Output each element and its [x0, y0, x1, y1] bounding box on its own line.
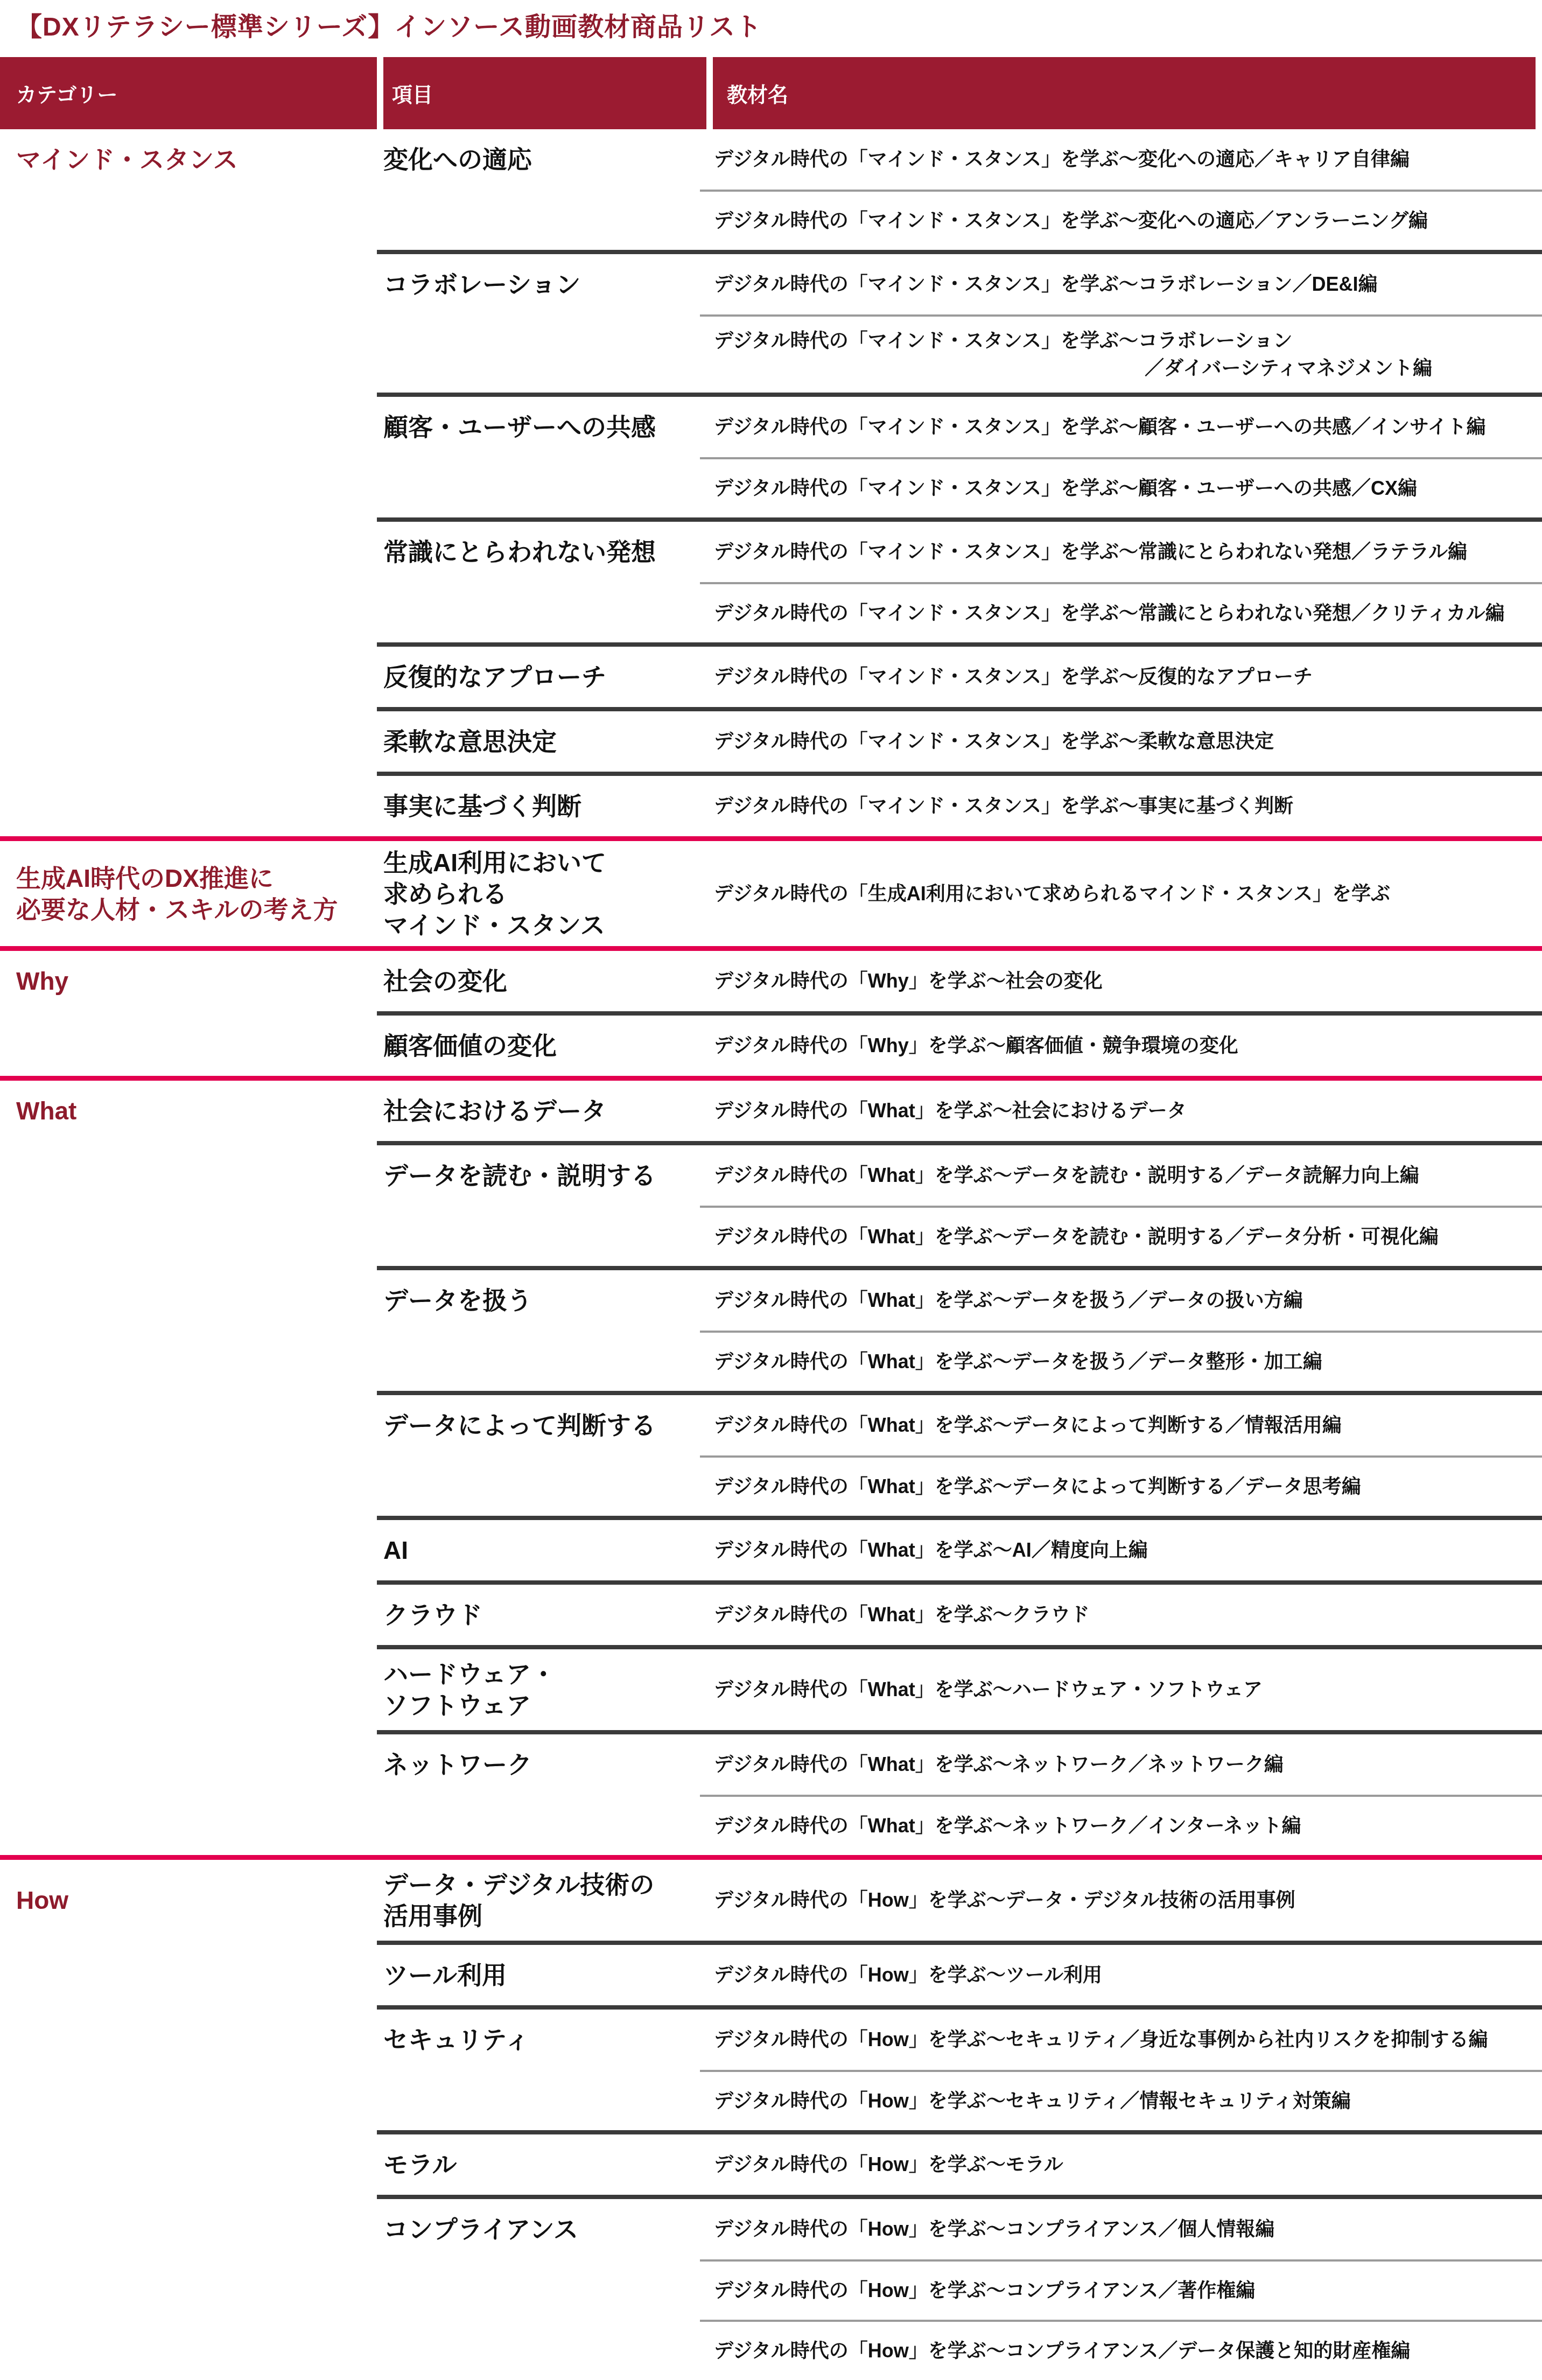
- item-group: 顧客価値の変化デジタル時代の「Why」を学ぶ〜顧客価値・競争環境の変化: [377, 1011, 1542, 1076]
- item-label: モラル: [383, 2149, 695, 2180]
- item-group: 顧客・ユーザーへの共感デジタル時代の「マインド・スタンス」を学ぶ〜顧客・ユーザー…: [377, 393, 1542, 517]
- item-cell: 社会の変化: [377, 951, 700, 1011]
- material-name: デジタル時代の「What」を学ぶ〜クラウド: [714, 1601, 1537, 1628]
- material-list: デジタル時代の「マインド・スタンス」を学ぶ〜常識にとらわれない発想／ラテラル編デ…: [700, 522, 1542, 642]
- material-row: デジタル時代の「Why」を学ぶ〜顧客価値・競争環境の変化: [700, 1016, 1542, 1076]
- material-list: デジタル時代の「Why」を学ぶ〜顧客価値・競争環境の変化: [700, 1016, 1542, 1076]
- item-label: データ・デジタル技術の 活用事例: [383, 1869, 695, 1931]
- item-group: コラボレーションデジタル時代の「マインド・スタンス」を学ぶ〜コラボレーション／D…: [377, 250, 1542, 393]
- item-group: モラルデジタル時代の「How」を学ぶ〜モラル: [377, 2130, 1542, 2195]
- item-groups: 生成AI利用において 求められる マインド・スタンスデジタル時代の「生成AI利用…: [377, 841, 1542, 946]
- item-group: データを扱うデジタル時代の「What」を学ぶ〜データを扱う／データの扱い方編デジ…: [377, 1266, 1542, 1391]
- material-row: デジタル時代の「マインド・スタンス」を学ぶ〜顧客・ユーザーへの共感／インサイト編: [700, 397, 1542, 457]
- material-name: デジタル時代の「What」を学ぶ〜データを扱う／データ整形・加工編: [714, 1348, 1537, 1375]
- material-row: デジタル時代の「マインド・スタンス」を学ぶ〜反復的なアプローチ: [700, 647, 1542, 707]
- item-cell: 事実に基づく判断: [377, 776, 700, 836]
- item-group: ネットワークデジタル時代の「What」を学ぶ〜ネットワーク／ネットワーク編デジタ…: [377, 1730, 1542, 1855]
- item-label: コラボレーション: [383, 269, 695, 300]
- material-name: デジタル時代の「マインド・スタンス」を学ぶ〜常識にとらわれない発想／ラテラル編: [714, 538, 1537, 565]
- category-label: 生成AI時代のDX推進に 必要な人材・スキルの考え方: [16, 863, 372, 925]
- table-header-row: カテゴリー 項目 教材名: [0, 57, 1542, 129]
- item-cell: ハードウェア・ ソフトウェア: [377, 1649, 700, 1730]
- material-row: デジタル時代の「How」を学ぶ〜コンプライアンス／個人情報編: [700, 2199, 1542, 2259]
- material-name: デジタル時代の「What」を学ぶ〜ネットワーク／ネットワーク編: [714, 1751, 1537, 1778]
- item-groups: 社会の変化デジタル時代の「Why」を学ぶ〜社会の変化顧客価値の変化デジタル時代の…: [377, 951, 1542, 1076]
- material-list: デジタル時代の「マインド・スタンス」を学ぶ〜変化への適応／キャリア自律編デジタル…: [700, 129, 1542, 250]
- item-label: 社会の変化: [383, 965, 695, 997]
- item-cell: データを読む・説明する: [377, 1145, 700, 1266]
- item-cell: データを扱う: [377, 1270, 700, 1391]
- category-cell: マインド・スタンス: [0, 129, 377, 836]
- category-cell: Why: [0, 951, 377, 1076]
- material-name: デジタル時代の「What」を学ぶ〜データによって判断する／データ思考編: [714, 1473, 1537, 1500]
- material-row: デジタル時代の「How」を学ぶ〜データ・デジタル技術の活用事例: [700, 1860, 1542, 1941]
- material-row: デジタル時代の「How」を学ぶ〜セキュリティ／情報セキュリティ対策編: [700, 2070, 1542, 2130]
- material-name: デジタル時代の「マインド・スタンス」を学ぶ〜顧客・ユーザーへの共感／インサイト編: [714, 413, 1537, 440]
- category-label: Why: [16, 965, 372, 997]
- material-name: デジタル時代の「Why」を学ぶ〜顧客価値・競争環境の変化: [714, 1032, 1537, 1059]
- material-row: デジタル時代の「What」を学ぶ〜データを扱う／データの扱い方編: [700, 1270, 1542, 1331]
- material-list: デジタル時代の「マインド・スタンス」を学ぶ〜事実に基づく判断: [700, 776, 1542, 836]
- item-cell: 常識にとらわれない発想: [377, 522, 700, 642]
- material-list: デジタル時代の「How」を学ぶ〜コンプライアンス／個人情報編デジタル時代の「Ho…: [700, 2199, 1542, 2380]
- item-group: 社会の変化デジタル時代の「Why」を学ぶ〜社会の変化: [377, 951, 1542, 1011]
- material-row: デジタル時代の「マインド・スタンス」を学ぶ〜事実に基づく判断: [700, 776, 1542, 836]
- item-group: 常識にとらわれない発想デジタル時代の「マインド・スタンス」を学ぶ〜常識にとらわれ…: [377, 517, 1542, 642]
- category-label: マインド・スタンス: [16, 144, 372, 175]
- item-cell: ツール利用: [377, 1945, 700, 2005]
- item-groups: 変化への適応デジタル時代の「マインド・スタンス」を学ぶ〜変化への適応／キャリア自…: [377, 129, 1542, 836]
- item-label: データを読む・説明する: [383, 1160, 695, 1191]
- item-groups: 社会におけるデータデジタル時代の「What」を学ぶ〜社会におけるデータデータを読…: [377, 1081, 1542, 1855]
- material-row: デジタル時代の「What」を学ぶ〜ハードウェア・ソフトウェア: [700, 1649, 1542, 1730]
- material-list: デジタル時代の「マインド・スタンス」を学ぶ〜顧客・ユーザーへの共感／インサイト編…: [700, 397, 1542, 517]
- item-label: AI: [383, 1535, 695, 1566]
- item-cell: データによって判断する: [377, 1395, 700, 1516]
- item-label: 顧客価値の変化: [383, 1030, 695, 1061]
- item-group: ハードウェア・ ソフトウェアデジタル時代の「What」を学ぶ〜ハードウェア・ソフ…: [377, 1645, 1542, 1730]
- material-row: デジタル時代の「What」を学ぶ〜データを扱う／データ整形・加工編: [700, 1331, 1542, 1391]
- item-cell: コラボレーション: [377, 254, 700, 393]
- item-cell: データ・デジタル技術の 活用事例: [377, 1860, 700, 1941]
- item-group: データによって判断するデジタル時代の「What」を学ぶ〜データによって判断する／…: [377, 1391, 1542, 1516]
- material-list: デジタル時代の「What」を学ぶ〜クラウド: [700, 1585, 1542, 1645]
- material-row: デジタル時代の「What」を学ぶ〜データを読む・説明する／データ分析・可視化編: [700, 1206, 1542, 1266]
- item-cell: 顧客・ユーザーへの共感: [377, 397, 700, 517]
- category-block: Howデータ・デジタル技術の 活用事例デジタル時代の「How」を学ぶ〜データ・デ…: [0, 1855, 1542, 2380]
- page-title: 【DXリテラシー標準シリーズ】インソース動画教材商品リスト: [16, 12, 1542, 43]
- material-name: デジタル時代の「マインド・スタンス」を学ぶ〜事実に基づく判断: [714, 792, 1537, 820]
- item-group: セキュリティデジタル時代の「How」を学ぶ〜セキュリティ／身近な事例から社内リス…: [377, 2005, 1542, 2130]
- material-name: デジタル時代の「マインド・スタンス」を学ぶ〜変化への適応／キャリア自律編: [714, 145, 1537, 173]
- material-list: デジタル時代の「How」を学ぶ〜セキュリティ／身近な事例から社内リスクを抑制する…: [700, 2010, 1542, 2130]
- material-name: デジタル時代の「マインド・スタンス」を学ぶ〜コラボレーション／DE&I編: [714, 270, 1537, 298]
- material-row: デジタル時代の「How」を学ぶ〜コンプライアンス／著作権編: [700, 2259, 1542, 2320]
- material-name: デジタル時代の「マインド・スタンス」を学ぶ〜常識にとらわれない発想／クリティカル…: [714, 599, 1537, 627]
- category-block: What社会におけるデータデジタル時代の「What」を学ぶ〜社会におけるデータデ…: [0, 1076, 1542, 1855]
- item-label: コンプライアンス: [383, 2214, 695, 2245]
- material-name: デジタル時代の「What」を学ぶ〜データを読む・説明する／データ分析・可視化編: [714, 1223, 1537, 1250]
- item-label: 社会におけるデータ: [383, 1095, 695, 1126]
- material-row: デジタル時代の「マインド・スタンス」を学ぶ〜変化への適応／キャリア自律編: [700, 129, 1542, 190]
- material-list: デジタル時代の「What」を学ぶ〜データを読む・説明する／データ読解力向上編デジ…: [700, 1145, 1542, 1266]
- item-group: ツール利用デジタル時代の「How」を学ぶ〜ツール利用: [377, 1941, 1542, 2005]
- item-group: 事実に基づく判断デジタル時代の「マインド・スタンス」を学ぶ〜事実に基づく判断: [377, 772, 1542, 836]
- material-list: デジタル時代の「マインド・スタンス」を学ぶ〜反復的なアプローチ: [700, 647, 1542, 707]
- item-cell: モラル: [377, 2134, 700, 2195]
- item-label: ハードウェア・ ソフトウェア: [383, 1658, 695, 1721]
- item-group: クラウドデジタル時代の「What」を学ぶ〜クラウド: [377, 1580, 1542, 1645]
- item-label: 柔軟な意思決定: [383, 726, 695, 757]
- item-group: 社会におけるデータデジタル時代の「What」を学ぶ〜社会におけるデータ: [377, 1081, 1542, 1141]
- column-header-item: 項目: [383, 57, 713, 129]
- item-label: 反復的なアプローチ: [383, 661, 695, 692]
- material-list: デジタル時代の「What」を学ぶ〜AI／精度向上編: [700, 1520, 1542, 1580]
- item-cell: 社会におけるデータ: [377, 1081, 700, 1141]
- material-row: デジタル時代の「What」を学ぶ〜クラウド: [700, 1585, 1542, 1645]
- item-group: データを読む・説明するデジタル時代の「What」を学ぶ〜データを読む・説明する／…: [377, 1141, 1542, 1266]
- item-label: 顧客・ユーザーへの共感: [383, 411, 695, 443]
- item-groups: データ・デジタル技術の 活用事例デジタル時代の「How」を学ぶ〜データ・デジタル…: [377, 1860, 1542, 2380]
- column-header-category: カテゴリー: [0, 57, 383, 129]
- item-cell: AI: [377, 1520, 700, 1580]
- category-block: Why社会の変化デジタル時代の「Why」を学ぶ〜社会の変化顧客価値の変化デジタル…: [0, 946, 1542, 1076]
- item-cell: セキュリティ: [377, 2010, 700, 2130]
- material-row: デジタル時代の「How」を学ぶ〜ツール利用: [700, 1945, 1542, 2005]
- item-cell: 柔軟な意思決定: [377, 711, 700, 772]
- material-row: デジタル時代の「マインド・スタンス」を学ぶ〜顧客・ユーザーへの共感／CX編: [700, 457, 1542, 517]
- material-row: デジタル時代の「What」を学ぶ〜ネットワーク／インターネット編: [700, 1795, 1542, 1855]
- category-block: 生成AI時代のDX推進に 必要な人材・スキルの考え方生成AI利用において 求めら…: [0, 836, 1542, 946]
- material-name: デジタル時代の「生成AI利用において求められるマインド・スタンス」を学ぶ: [714, 880, 1537, 907]
- table-body: マインド・スタンス変化への適応デジタル時代の「マインド・スタンス」を学ぶ〜変化へ…: [0, 129, 1542, 2380]
- material-name: デジタル時代の「How」を学ぶ〜モラル: [714, 2151, 1537, 2178]
- item-label: 事実に基づく判断: [383, 790, 695, 822]
- material-name: デジタル時代の「How」を学ぶ〜セキュリティ／身近な事例から社内リスクを抑制する…: [714, 2026, 1537, 2053]
- item-group: 柔軟な意思決定デジタル時代の「マインド・スタンス」を学ぶ〜柔軟な意思決定: [377, 707, 1542, 772]
- item-cell: ネットワーク: [377, 1734, 700, 1855]
- material-name: デジタル時代の「What」を学ぶ〜AI／精度向上編: [714, 1536, 1537, 1564]
- material-row: デジタル時代の「What」を学ぶ〜社会におけるデータ: [700, 1081, 1542, 1141]
- material-name: デジタル時代の「マインド・スタンス」を学ぶ〜顧客・ユーザーへの共感／CX編: [714, 474, 1537, 502]
- item-label: データを扱う: [383, 1285, 695, 1316]
- item-cell: 反復的なアプローチ: [377, 647, 700, 707]
- category-cell: What: [0, 1081, 377, 1855]
- material-name: デジタル時代の「マインド・スタンス」を学ぶ〜コラボレーション: [714, 327, 1537, 354]
- item-label: クラウド: [383, 1599, 695, 1630]
- material-name: デジタル時代の「How」を学ぶ〜コンプライアンス／個人情報編: [714, 2215, 1537, 2243]
- product-list-document: 【DXリテラシー標準シリーズ】インソース動画教材商品リスト カテゴリー 項目 教…: [0, 12, 1542, 2380]
- item-cell: クラウド: [377, 1585, 700, 1645]
- category-cell: 生成AI時代のDX推進に 必要な人材・スキルの考え方: [0, 841, 377, 946]
- material-row: デジタル時代の「マインド・スタンス」を学ぶ〜変化への適応／アンラーニング編: [700, 190, 1542, 250]
- material-name: デジタル時代の「How」を学ぶ〜セキュリティ／情報セキュリティ対策編: [714, 2087, 1537, 2115]
- item-group: コンプライアンスデジタル時代の「How」を学ぶ〜コンプライアンス／個人情報編デジ…: [377, 2195, 1542, 2380]
- material-list: デジタル時代の「What」を学ぶ〜データによって判断する／情報活用編デジタル時代…: [700, 1395, 1542, 1516]
- item-cell: 生成AI利用において 求められる マインド・スタンス: [377, 841, 700, 946]
- material-name: デジタル時代の「How」を学ぶ〜コンプライアンス／著作権編: [714, 2277, 1537, 2304]
- material-name: デジタル時代の「How」を学ぶ〜データ・デジタル技術の活用事例: [714, 1886, 1537, 1914]
- material-name-line2: ／ダイバーシティマネジメント編: [1145, 354, 1537, 382]
- material-name: デジタル時代の「How」を学ぶ〜ツール利用: [714, 1961, 1537, 1989]
- material-name: デジタル時代の「マインド・スタンス」を学ぶ〜反復的なアプローチ: [714, 663, 1537, 690]
- item-group: 反復的なアプローチデジタル時代の「マインド・スタンス」を学ぶ〜反復的なアプローチ: [377, 642, 1542, 707]
- item-label: ツール利用: [383, 1959, 695, 1991]
- material-row: デジタル時代の「What」を学ぶ〜データによって判断する／情報活用編: [700, 1395, 1542, 1455]
- item-label: 常識にとらわれない発想: [383, 536, 695, 568]
- item-label: データによって判断する: [383, 1410, 695, 1441]
- material-name: デジタル時代の「How」を学ぶ〜コンプライアンス／データ保護と知的財産権編: [714, 2337, 1537, 2364]
- material-list: デジタル時代の「What」を学ぶ〜ハードウェア・ソフトウェア: [700, 1649, 1542, 1730]
- material-row: デジタル時代の「What」を学ぶ〜データによって判断する／データ思考編: [700, 1455, 1542, 1516]
- material-name: デジタル時代の「What」を学ぶ〜ハードウェア・ソフトウェア: [714, 1676, 1537, 1703]
- material-row: デジタル時代の「マインド・スタンス」を学ぶ〜常識にとらわれない発想／ラテラル編: [700, 522, 1542, 582]
- material-row: デジタル時代の「マインド・スタンス」を学ぶ〜常識にとらわれない発想／クリティカル…: [700, 582, 1542, 642]
- material-row: デジタル時代の「What」を学ぶ〜データを読む・説明する／データ読解力向上編: [700, 1145, 1542, 1206]
- material-name: デジタル時代の「What」を学ぶ〜データによって判断する／情報活用編: [714, 1411, 1537, 1439]
- material-row: デジタル時代の「How」を学ぶ〜セキュリティ／身近な事例から社内リスクを抑制する…: [700, 2010, 1542, 2070]
- category-label: How: [16, 1885, 372, 1916]
- material-name: デジタル時代の「What」を学ぶ〜ネットワーク／インターネット編: [714, 1812, 1537, 1839]
- material-list: デジタル時代の「How」を学ぶ〜モラル: [700, 2134, 1542, 2195]
- item-label: 生成AI利用において 求められる マインド・スタンス: [383, 847, 695, 941]
- material-name: デジタル時代の「Why」を学ぶ〜社会の変化: [714, 967, 1537, 995]
- material-row: デジタル時代の「How」を学ぶ〜モラル: [700, 2134, 1542, 2195]
- item-group: データ・デジタル技術の 活用事例デジタル時代の「How」を学ぶ〜データ・デジタル…: [377, 1860, 1542, 1941]
- column-header-material: 教材名: [713, 57, 1536, 129]
- material-name: デジタル時代の「マインド・スタンス」を学ぶ〜変化への適応／アンラーニング編: [714, 207, 1537, 234]
- material-list: デジタル時代の「What」を学ぶ〜社会におけるデータ: [700, 1081, 1542, 1141]
- material-list: デジタル時代の「マインド・スタンス」を学ぶ〜柔軟な意思決定: [700, 711, 1542, 772]
- item-cell: 変化への適応: [377, 129, 700, 250]
- material-name: デジタル時代の「マインド・スタンス」を学ぶ〜柔軟な意思決定: [714, 727, 1537, 755]
- material-list: デジタル時代の「What」を学ぶ〜ネットワーク／ネットワーク編デジタル時代の「W…: [700, 1734, 1542, 1855]
- material-list: デジタル時代の「How」を学ぶ〜データ・デジタル技術の活用事例: [700, 1860, 1542, 1941]
- material-row: デジタル時代の「What」を学ぶ〜AI／精度向上編: [700, 1520, 1542, 1580]
- item-cell: 顧客価値の変化: [377, 1016, 700, 1076]
- material-row: デジタル時代の「マインド・スタンス」を学ぶ〜コラボレーション／DE&I編: [700, 254, 1542, 314]
- material-row: デジタル時代の「マインド・スタンス」を学ぶ〜コラボレーション／ダイバーシティマネ…: [700, 314, 1542, 393]
- item-label: セキュリティ: [383, 2024, 695, 2055]
- material-list: デジタル時代の「マインド・スタンス」を学ぶ〜コラボレーション／DE&I編デジタル…: [700, 254, 1542, 393]
- item-label: ネットワーク: [383, 1749, 695, 1780]
- item-group: 変化への適応デジタル時代の「マインド・スタンス」を学ぶ〜変化への適応／キャリア自…: [377, 129, 1542, 250]
- category-cell: How: [0, 1860, 377, 2380]
- material-row: デジタル時代の「Why」を学ぶ〜社会の変化: [700, 951, 1542, 1011]
- item-label: 変化への適応: [383, 144, 695, 175]
- material-list: デジタル時代の「What」を学ぶ〜データを扱う／データの扱い方編デジタル時代の「…: [700, 1270, 1542, 1391]
- material-row: デジタル時代の「生成AI利用において求められるマインド・スタンス」を学ぶ: [700, 841, 1542, 946]
- material-name: デジタル時代の「What」を学ぶ〜データを読む・説明する／データ読解力向上編: [714, 1161, 1537, 1189]
- material-row: デジタル時代の「How」を学ぶ〜コンプライアンス／データ保護と知的財産権編: [700, 2320, 1542, 2380]
- material-name: デジタル時代の「What」を学ぶ〜データを扱う／データの扱い方編: [714, 1286, 1537, 1314]
- material-name: デジタル時代の「What」を学ぶ〜社会におけるデータ: [714, 1097, 1537, 1124]
- material-list: デジタル時代の「Why」を学ぶ〜社会の変化: [700, 951, 1542, 1011]
- item-group: AIデジタル時代の「What」を学ぶ〜AI／精度向上編: [377, 1516, 1542, 1580]
- item-group: 生成AI利用において 求められる マインド・スタンスデジタル時代の「生成AI利用…: [377, 841, 1542, 946]
- item-cell: コンプライアンス: [377, 2199, 700, 2380]
- material-row: デジタル時代の「What」を学ぶ〜ネットワーク／ネットワーク編: [700, 1734, 1542, 1795]
- material-row: デジタル時代の「マインド・スタンス」を学ぶ〜柔軟な意思決定: [700, 711, 1542, 772]
- material-list: デジタル時代の「How」を学ぶ〜ツール利用: [700, 1945, 1542, 2005]
- category-label: What: [16, 1095, 372, 1126]
- material-list: デジタル時代の「生成AI利用において求められるマインド・スタンス」を学ぶ: [700, 841, 1542, 946]
- category-block: マインド・スタンス変化への適応デジタル時代の「マインド・スタンス」を学ぶ〜変化へ…: [0, 129, 1542, 836]
